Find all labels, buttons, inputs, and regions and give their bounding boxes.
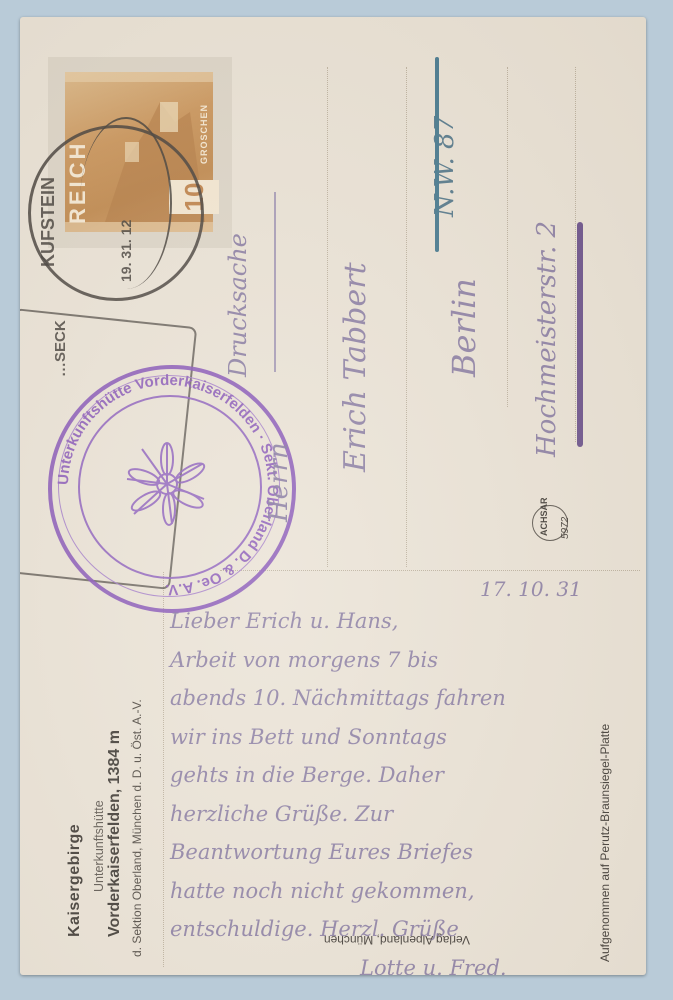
svg-text:Unterkunftshütte Vorderkaiserf: Unterkunftshütte Vorderkaiserfelden · Se… <box>55 372 281 598</box>
message-line: hatte noch nicht gekommen, <box>170 872 630 911</box>
hut-owner: d. Sektion Oberland, München d. D. u. Ös… <box>130 699 144 957</box>
hut-seal-stamp: Unterkunftshütte Vorderkaiserfelden · Se… <box>48 365 296 613</box>
address-salutation: Herrn <box>264 442 294 522</box>
hut-name: Vorderkaiserfelden, 1384 m <box>106 730 124 937</box>
address-line <box>327 67 328 567</box>
message-line: entschuldige. Herzl. Grüße <box>170 910 630 949</box>
message-line: abends 10. Nächmittags fahren <box>170 679 630 718</box>
divider-line <box>163 572 164 967</box>
address-name: Erich Tabbert <box>338 262 373 472</box>
address-street: Hochmeisterstr. 2 <box>532 221 562 457</box>
message-body: Lieber Erich u. Hans, Arbeit von morgens… <box>170 602 630 975</box>
address-line <box>406 67 407 567</box>
message-line: gehts in die Berge. Daher <box>170 756 630 795</box>
handwritten-note: Drucksache <box>224 233 252 377</box>
hut-type: Unterkunftshütte <box>92 800 106 892</box>
message-date: 17. 10. 31 <box>480 577 582 601</box>
message-line: wir ins Bett und Sonntags <box>170 718 630 757</box>
stamp-currency: GROSCHEN <box>199 104 209 164</box>
strike-through-street-line <box>577 222 583 447</box>
strike-through-line <box>435 57 439 252</box>
postcard: REICH 10 GROSCHEN KUFSTEIN 19. 31. 12 …S… <box>20 17 646 975</box>
region-title: Kaisergebirge <box>66 824 84 937</box>
message-line: Arbeit von morgens 7 bis <box>170 641 630 680</box>
postmark-place: KUFSTEIN <box>38 177 59 267</box>
note-underline <box>274 192 276 372</box>
address-line <box>575 67 576 442</box>
message-line: Lieber Erich u. Hans, <box>170 602 630 641</box>
address-city: Berlin <box>445 278 483 377</box>
card-number: 5972 <box>560 517 571 539</box>
message-line: Beantwortung Eures Briefes <box>170 833 630 872</box>
postmark-date: 19. 31. 12 <box>118 220 134 282</box>
address-line <box>507 67 508 407</box>
message-signature: Lotte u. Fred. <box>170 949 630 976</box>
message-line: herzliche Grüße. Zur <box>170 795 630 834</box>
seal-text-ring: Unterkunftshütte Vorderkaiserfelden · Se… <box>48 365 288 605</box>
